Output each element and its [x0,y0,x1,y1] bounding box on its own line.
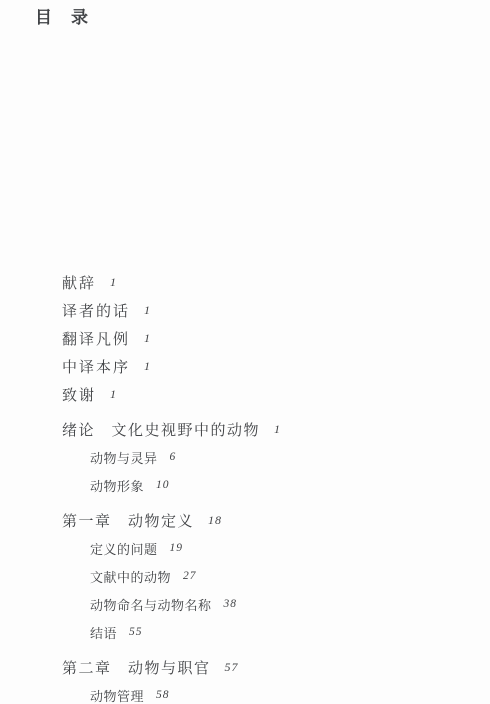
toc-entry: 致谢 1 [62,380,281,408]
toc-entry-label: 绪论 文化史视野中的动物 [62,419,260,440]
toc-entry-label: 第二章 动物与职官 [62,657,211,678]
toc-entry: 动物与灵异 6 [62,443,281,471]
toc-entry-page-number: 1 [144,359,151,374]
toc-entry-page-number: 1 [144,303,151,318]
toc-entry-label: 动物命名与动物名称 [90,595,212,614]
toc-entry-page-number: 6 [170,451,177,463]
toc-entry-page-number: 57 [225,660,239,675]
toc-entry-page-number: 1 [274,422,281,437]
toc-entry-page-number: 18 [208,513,222,528]
toc-entry: 第一章 动物定义 18 [62,506,281,534]
toc-entry-label: 动物形象 [90,476,144,495]
toc-entry-label: 定义的问题 [90,539,158,558]
toc-entry-label: 动物与灵异 [90,448,158,467]
toc-entry: 文献中的动物 27 [62,562,281,590]
toc-entry: 绪论 文化史视野中的动物 1 [62,415,281,443]
toc-entry-page-number: 27 [183,570,197,582]
toc-entry-label: 中译本序 [62,356,130,377]
toc-entry-label: 献辞 [62,272,96,293]
book-toc-page: 目 录 献辞 1 译者的话 1 翻译凡例 1 中译本序 1 致谢 1 绪论 文化… [0,0,490,704]
toc-entry-page-number: 1 [110,275,117,290]
toc-entry-page-number: 1 [110,387,117,402]
toc-entry-page-number: 38 [224,598,238,610]
toc-entry-page-number: 10 [156,479,170,491]
toc-entry-page-number: 19 [170,542,184,554]
toc-entry-label: 第一章 动物定义 [62,510,194,531]
toc-entry: 动物管理 58 [62,681,281,704]
toc-entry-page-number: 58 [156,689,170,701]
toc-list: 献辞 1 译者的话 1 翻译凡例 1 中译本序 1 致谢 1 绪论 文化史视野中… [62,268,281,704]
toc-entry: 动物命名与动物名称 38 [62,590,281,618]
toc-entry-page-number: 55 [129,626,143,638]
toc-entry: 中译本序 1 [62,352,281,380]
page-title: 目 录 [35,3,89,28]
toc-entry: 翻译凡例 1 [62,324,281,352]
toc-entry: 第二章 动物与职官 57 [62,653,281,681]
toc-entry: 动物形象 10 [62,471,281,499]
toc-entry-label: 译者的话 [62,300,130,321]
toc-entry-label: 文献中的动物 [90,567,171,586]
toc-entry-label: 致谢 [62,384,96,405]
toc-entry-label: 翻译凡例 [62,328,130,349]
toc-entry: 献辞 1 [62,268,281,296]
toc-entry-label: 结语 [90,623,117,642]
toc-entry: 译者的话 1 [62,296,281,324]
toc-entry-page-number: 1 [144,331,151,346]
toc-entry: 定义的问题 19 [62,534,281,562]
toc-entry-label: 动物管理 [90,686,144,704]
toc-entry: 结语 55 [62,618,281,646]
